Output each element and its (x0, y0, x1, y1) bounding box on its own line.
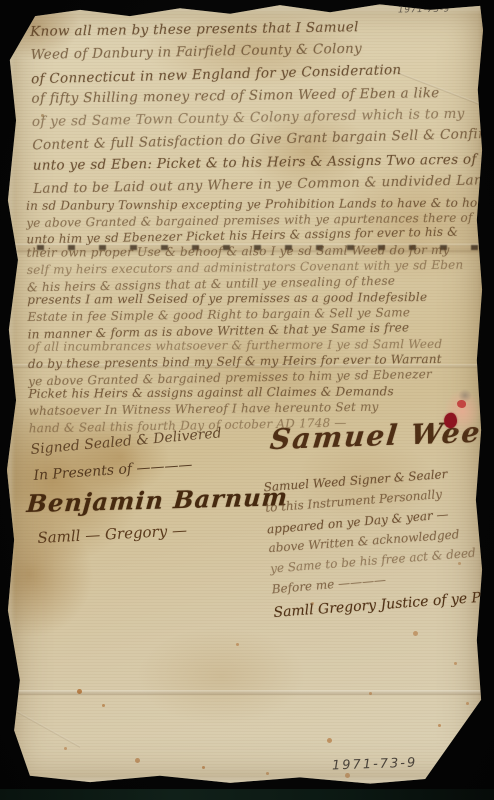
wax-seal-remnant (436, 385, 484, 443)
photo-stage: Know all men by these presents that I Sa… (0, 0, 494, 800)
acknowledgment-block: Samuel Weed Signer & Sealerto this Instr… (263, 460, 494, 624)
witness-signature-benjamin-barnum: Benjamin Barnum (26, 482, 290, 518)
accession-number-bottom: 1971-73-9 (332, 756, 418, 774)
document-paper: Know all men by these presents that I Sa… (6, 2, 484, 786)
scanner-bed-strip (0, 789, 494, 800)
edge-chip (4, 240, 16, 268)
foxing-spots (6, 2, 9, 5)
wax-seal-red-fragment-small (457, 400, 466, 408)
fold-crease-bottom (6, 690, 484, 695)
witness-presence-line: In Presents of ———— (33, 457, 193, 484)
witness-signature-samuel-gregory: Samll — Gregory — (37, 521, 187, 547)
accession-number-top: 1971-73-9 (398, 5, 450, 16)
fold-crease-diagonal-bottom-left (12, 708, 81, 748)
torn-edge-highlight-bottom (6, 779, 484, 786)
torn-edge-highlight-left (6, 2, 12, 786)
deed-body-lower-text: in sd Danbury Township excepting ye Proh… (26, 194, 491, 435)
deed-body-upper-text: Know all men by these presents that I Sa… (30, 13, 485, 200)
